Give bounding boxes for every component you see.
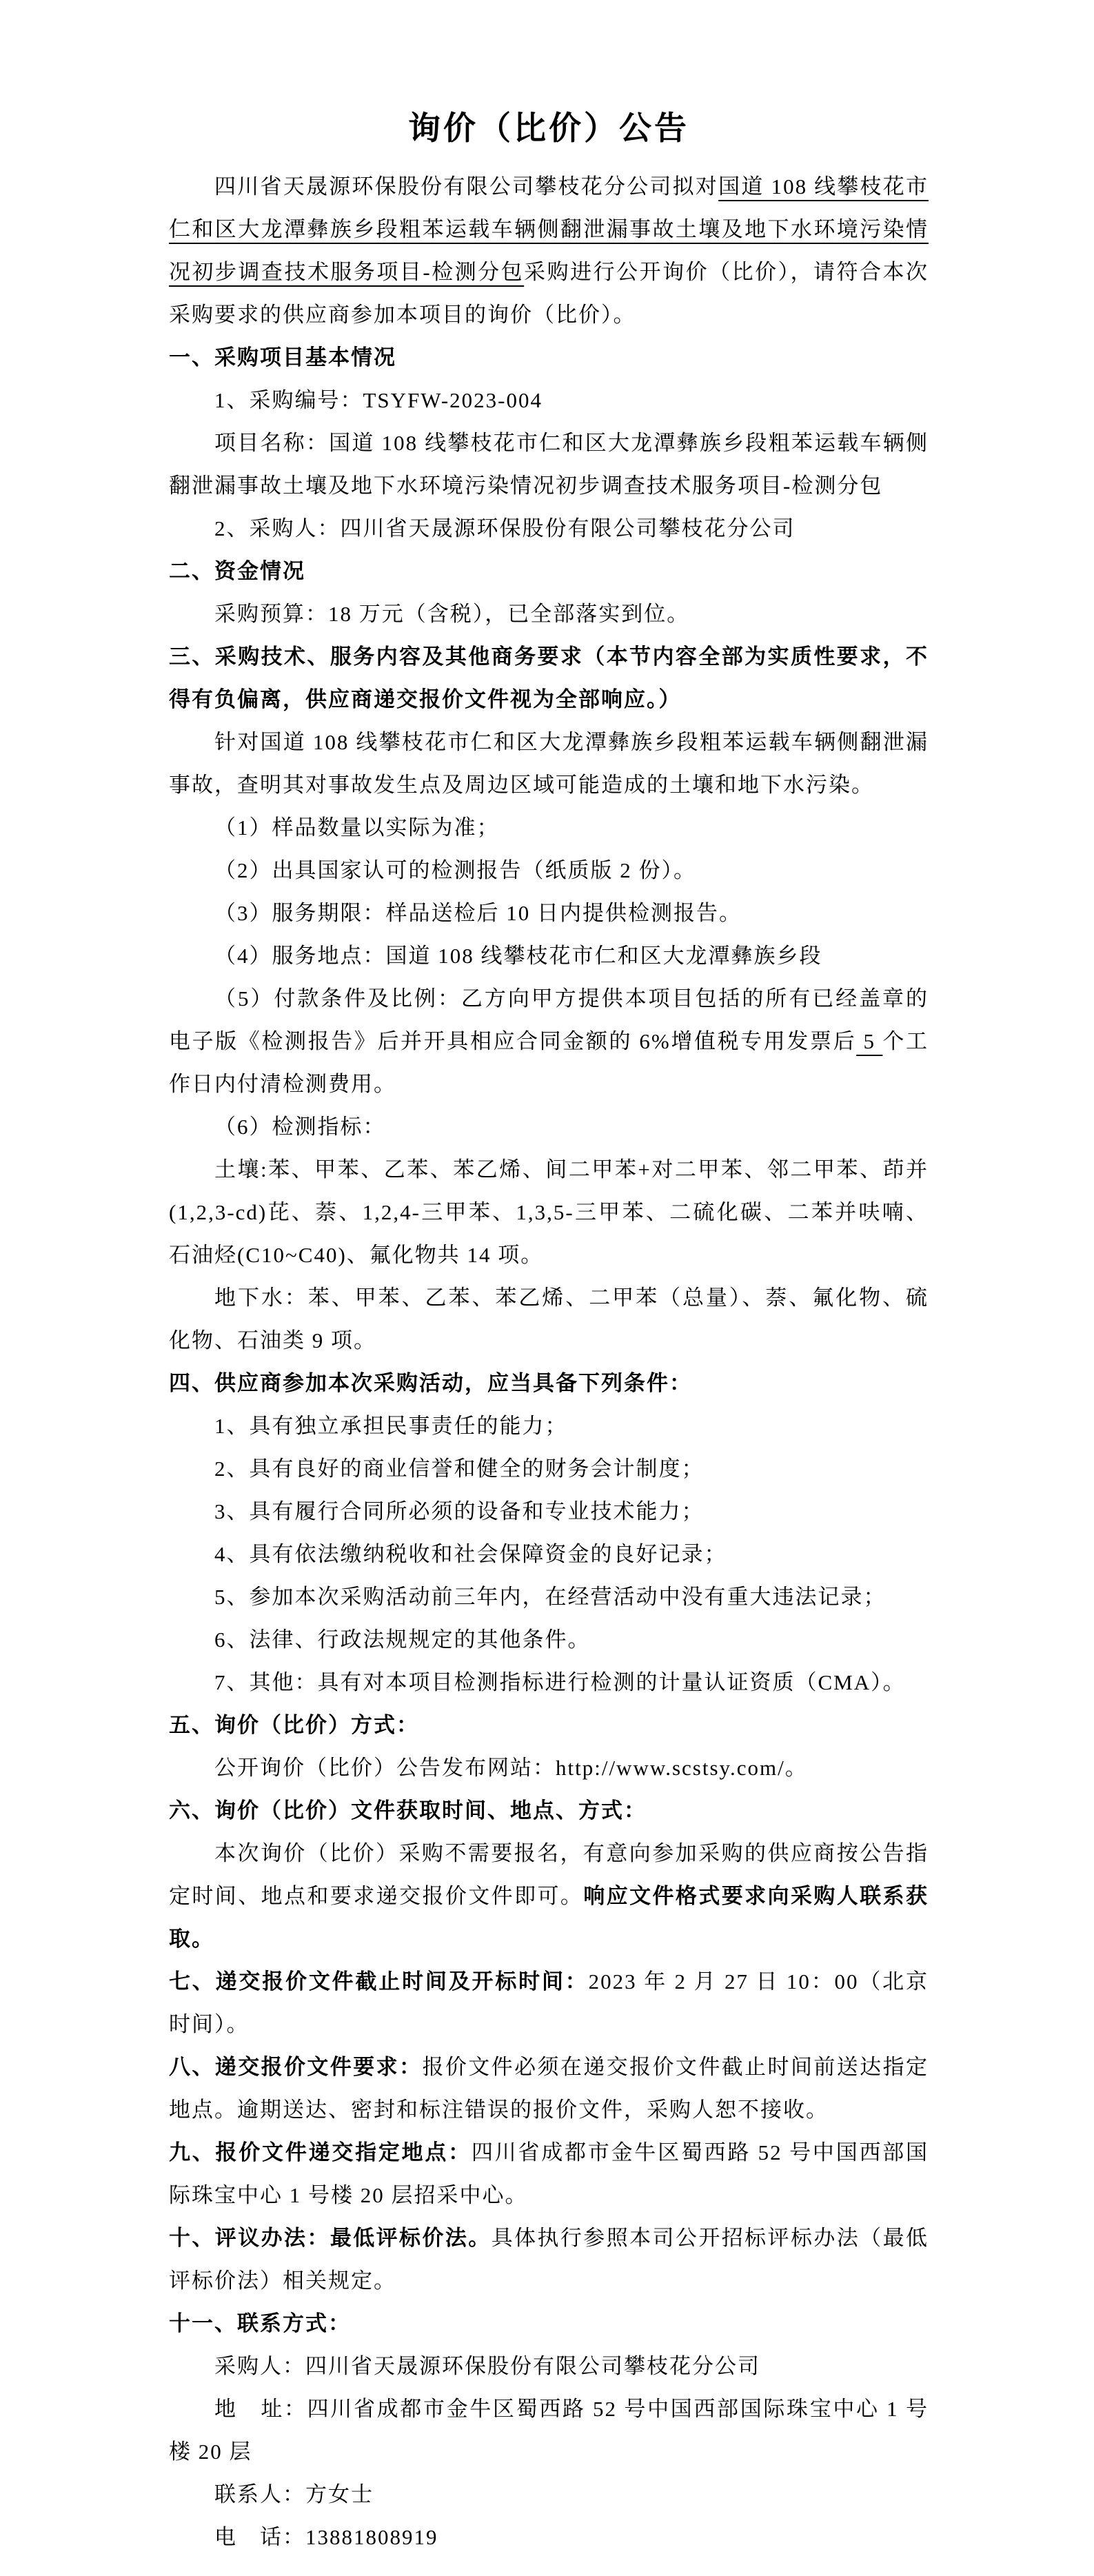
announcement-website-line: 公开询价（比价）公告发布网站：http://www.scstsy.com/。 xyxy=(169,1747,929,1789)
section-4-heading: 四、供应商参加本次采购活动，应当具备下列条件： xyxy=(169,1362,929,1405)
submission-requirement-label: 八、递交报价文件要求： xyxy=(169,2055,422,2079)
section-1-heading: 一、采购项目基本情况 xyxy=(169,336,929,379)
supplier-condition-5: 5、参加本次采购活动前三年内，在经营活动中没有重大违法记录； xyxy=(169,1576,929,1619)
payment-terms-pre: （5）付款条件及比例：乙方向甲方提供本项目包括的所有已经盖章的电子版《检测报告》… xyxy=(169,986,929,1053)
groundwater-indicators-line: 地下水：苯、甲苯、乙苯、苯乙烯、二甲苯（总量）、萘、氟化物、硫化物、石油类 9 … xyxy=(169,1277,929,1362)
section-9-line: 九、报价文件递交指定地点：四川省成都市金牛区蜀西路 52 号中国西部国际珠宝中心… xyxy=(169,2131,929,2217)
section-6-heading: 六、询价（比价）文件获取时间、地点、方式： xyxy=(169,1789,929,1832)
contact-person-line: 联系人：方女士 xyxy=(169,2473,929,2516)
document-page: 询价（比价）公告 四川省天晟源环保股份有限公司攀枝花分公司拟对国道 108 线攀… xyxy=(0,0,1094,2576)
section-5-heading: 五、询价（比价）方式： xyxy=(169,1704,929,1747)
section-10-line: 十、评议办法：最低评标价法。具体执行参照本司公开招标评标办法（最低评标价法）相关… xyxy=(169,2217,929,2302)
supplier-condition-3: 3、具有履行合同所必须的设备和专业技术能力； xyxy=(169,1490,929,1533)
section-7-line: 七、递交报价文件截止时间及开标时间：2023 年 2 月 27 日 10：00（… xyxy=(169,1960,929,2046)
section-8-line: 八、递交报价文件要求：报价文件必须在递交报价文件截止时间前送达指定地点。逾期送达… xyxy=(169,2046,929,2131)
requirement-item-1: （1）样品数量以实际为准； xyxy=(169,807,929,849)
intro-paragraph: 四川省天晟源环保股份有限公司攀枝花分公司拟对国道 108 线攀枝花市仁和区大龙潭… xyxy=(169,165,929,336)
supplier-condition-2: 2、具有良好的商业信誉和健全的财务会计制度； xyxy=(169,1448,929,1490)
contact-phone-line: 电 话：13881808919 xyxy=(169,2516,929,2559)
supplier-condition-1: 1、具有独立承担民事责任的能力； xyxy=(169,1405,929,1448)
intro-pre-text: 四川省天晟源环保股份有限公司攀枝花分公司拟对 xyxy=(214,174,718,199)
requirement-item-4: （4）服务地点：国道 108 线攀枝花市仁和区大龙潭彝族乡段 xyxy=(169,935,929,977)
contact-purchaser-line: 采购人：四川省天晟源环保股份有限公司攀枝花分公司 xyxy=(169,2345,929,2388)
section-6-body: 本次询价（比价）采购不需要报名，有意向参加采购的供应商按公告指定时间、地点和要求… xyxy=(169,1832,929,1960)
budget-line: 采购预算：18 万元（含税），已全部落实到位。 xyxy=(169,593,929,636)
requirement-item-5: （5）付款条件及比例：乙方向甲方提供本项目包括的所有已经盖章的电子版《检测报告》… xyxy=(169,977,929,1106)
project-name-line: 项目名称：国道 108 线攀枝花市仁和区大龙潭彝族乡段粗苯运载车辆侧翻泄漏事故土… xyxy=(169,422,929,507)
section-3-heading: 三、采购技术、服务内容及其他商务要求（本节内容全部为实质性要求，不得有负偏离，供… xyxy=(169,636,929,721)
page-title: 询价（比价）公告 xyxy=(169,105,929,153)
deadline-label: 七、递交报价文件截止时间及开标时间： xyxy=(169,1969,589,1994)
supplier-condition-4: 4、具有依法缴纳税收和社会保障资金的良好记录； xyxy=(169,1533,929,1576)
requirement-item-2: （2）出具国家认可的检测报告（纸质版 2 份）。 xyxy=(169,849,929,892)
contact-address-line: 地 址：四川省成都市金牛区蜀西路 52 号中国西部国际珠宝中心 1 号楼 20 … xyxy=(169,2388,929,2473)
supplier-condition-6: 6、法律、行政法规规定的其他条件。 xyxy=(169,1619,929,1661)
submission-location-label: 九、报价文件递交指定地点： xyxy=(169,2140,472,2164)
section-2-heading: 二、资金情况 xyxy=(169,550,929,593)
supplier-condition-7: 7、其他：具有对本项目检测指标进行检测的计量认证资质（CMA）。 xyxy=(169,1661,929,1704)
requirement-item-6: （6）检测指标： xyxy=(169,1106,929,1148)
requirement-item-3: （3）服务期限：样品送检后 10 日内提供检测报告。 xyxy=(169,892,929,935)
purchase-number-line: 1、采购编号：TSYFW-2023-004 xyxy=(169,379,929,422)
section-11-heading: 十一、联系方式： xyxy=(169,2302,929,2345)
section-3-intro: 针对国道 108 线攀枝花市仁和区大龙潭彝族乡段粗苯运载车辆侧翻泄漏事故，查明其… xyxy=(169,721,929,807)
soil-indicators-line: 土壤:苯、甲苯、乙苯、苯乙烯、间二甲苯+对二甲苯、邻二甲苯、茚并(1,2,3-c… xyxy=(169,1148,929,1277)
payment-days-underlined: 5 xyxy=(856,1029,882,1053)
purchaser-line: 2、采购人：四川省天晟源环保股份有限公司攀枝花分公司 xyxy=(169,507,929,550)
evaluation-method-label: 十、评议办法：最低评标价法。 xyxy=(169,2226,492,2250)
